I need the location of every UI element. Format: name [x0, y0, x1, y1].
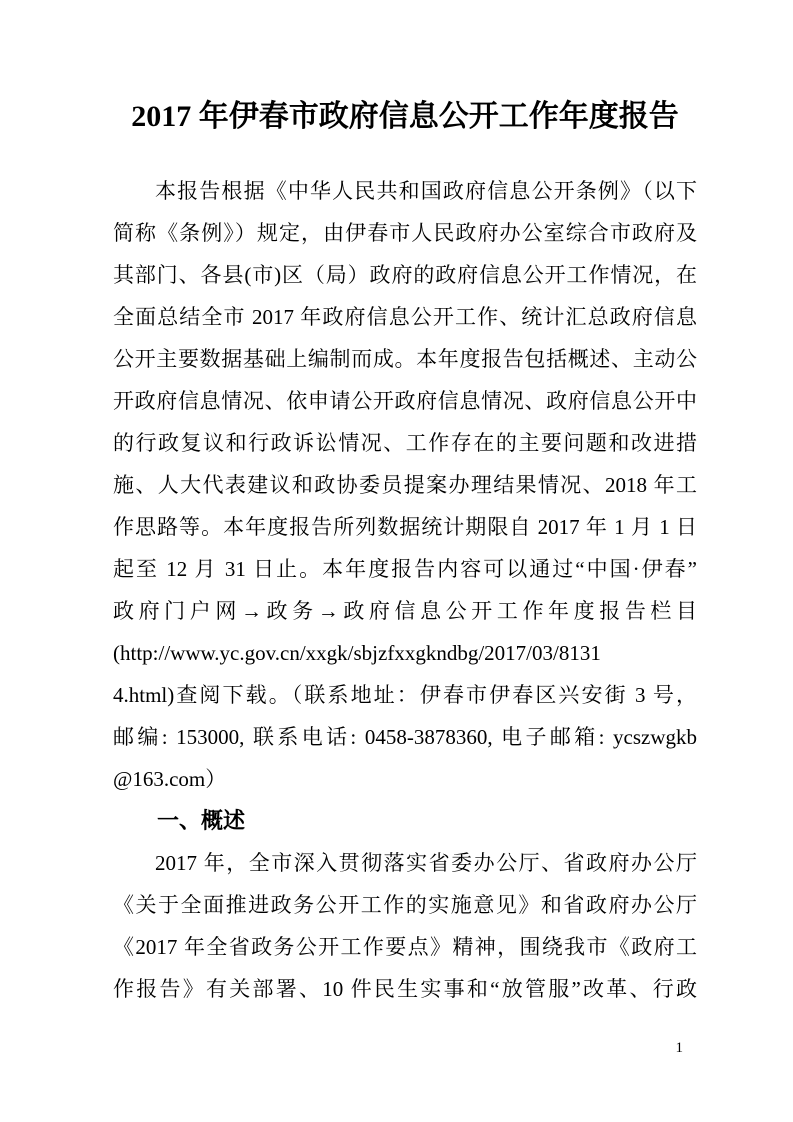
- text-line: 其部门、各县(市)区（局）政府的政府信息公开工作情况，在: [113, 254, 697, 296]
- document-title: 2017 年伊春市政府信息公开工作年度报告: [113, 93, 697, 141]
- text-line: 全面总结全市 2017 年政府信息公开工作、统计汇总政府信息: [113, 296, 697, 338]
- page-number: 1: [676, 1041, 684, 1056]
- text-line: 作思路等。本年度报告所列数据统计期限自 2017 年 1 月 1 日: [113, 506, 697, 548]
- text-line: 《关于全面推进政务公开工作的实施意见》和省政府办公厅: [113, 884, 697, 926]
- text-line: (http://www.yc.gov.cn/xxgk/sbjzfxxgkndbg…: [113, 632, 697, 674]
- text-line: 作报告》有关部署、10 件民生实事和“放管服”改革、行政: [113, 968, 697, 1010]
- text-line: 开政府信息情况、依申请公开政府信息情况、政府信息公开中: [113, 380, 697, 422]
- text-line: 公开主要数据基础上编制而成。本年度报告包括概述、主动公: [113, 338, 697, 380]
- text-line: 的行政复议和行政诉讼情况、工作存在的主要问题和改进措: [113, 422, 697, 464]
- document-body: 本报告根据《中华人民共和国政府信息公开条例》（以下简称《条例》）规定，由伊春市人…: [113, 170, 697, 1010]
- document-page: 2017 年伊春市政府信息公开工作年度报告 本报告根据《中华人民共和国政府信息公…: [0, 0, 793, 1122]
- text-line: 2017 年，全市深入贯彻落实省委办公厅、省政府办公厅: [113, 842, 697, 884]
- text-line: 政府门户网→政务→政府信息公开工作年度报告栏目: [113, 590, 697, 632]
- text-line: 邮编: 153000, 联系电话: 0458-3878360, 电子邮箱: yc…: [113, 716, 697, 758]
- section-heading: 一、概述: [113, 800, 697, 842]
- text-line: @163.com）: [113, 758, 697, 800]
- text-line: 起至 12 月 31 日止。本年度报告内容可以通过“中国·伊春”: [113, 548, 697, 590]
- text-line: 施、人大代表建议和政协委员提案办理结果情况、2018 年工: [113, 464, 697, 506]
- text-line: 简称《条例》）规定，由伊春市人民政府办公室综合市政府及: [113, 212, 697, 254]
- text-line: 4.html)查阅下载。（联系地址：伊春市伊春区兴安街 3 号，: [113, 674, 697, 716]
- text-line: 《2017 年全省政务公开工作要点》精神，围绕我市《政府工: [113, 926, 697, 968]
- text-line: 本报告根据《中华人民共和国政府信息公开条例》（以下: [113, 170, 697, 212]
